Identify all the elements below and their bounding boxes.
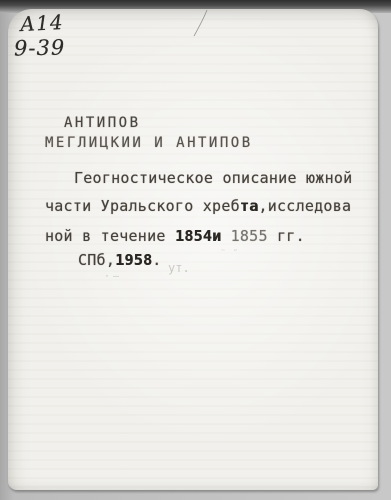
title-line-1: Геогностическое описание южной — [74, 169, 352, 187]
scanned-catalog-card-page: А14 9-39 АНТИПОВ МЕГЛИЦКИИ И АНТИПОВ Гео… — [0, 0, 391, 500]
title-line-2-text: части Уральского хреб — [45, 197, 240, 215]
title-line-2-overstrike: та — [240, 197, 259, 215]
ghost-text-3: ·– — [104, 271, 122, 282]
imprint-place: СПб, — [78, 251, 115, 269]
call-number: А14 9-39 — [14, 11, 65, 60]
imprint-line: СПб,1958. — [78, 251, 162, 269]
title-line-3-text: ной в течение — [45, 227, 175, 245]
title-line-3-tail: гг. — [268, 227, 305, 245]
imprint-period: . — [152, 251, 161, 269]
author-line-1: АНТИПОВ — [64, 115, 141, 131]
title-line-2: части Уральского хребта,исследова — [45, 197, 351, 215]
title-line-3: ной в течение 1854и 1855 гг. — [45, 227, 305, 245]
imprint-year: 1958 — [115, 251, 152, 269]
title-line-2-tail: ,исследова — [258, 197, 351, 215]
call-number-line2: 9-39 — [14, 36, 66, 61]
title-line-3-year2: 1855 — [221, 227, 267, 245]
title-line-3-year1: 1854и — [175, 227, 221, 245]
ghost-text-1: ут. — [168, 261, 190, 275]
call-number-line1: А14 — [19, 10, 65, 36]
author-line-2: МЕГЛИЦКИИ И АНТИПОВ — [45, 135, 253, 151]
catalog-card: А14 9-39 АНТИПОВ МЕГЛИЦКИИ И АНТИПОВ Гео… — [8, 9, 378, 490]
scratch-mark — [176, 9, 218, 41]
ghost-text-2: ¨ ˝ — [220, 249, 238, 260]
